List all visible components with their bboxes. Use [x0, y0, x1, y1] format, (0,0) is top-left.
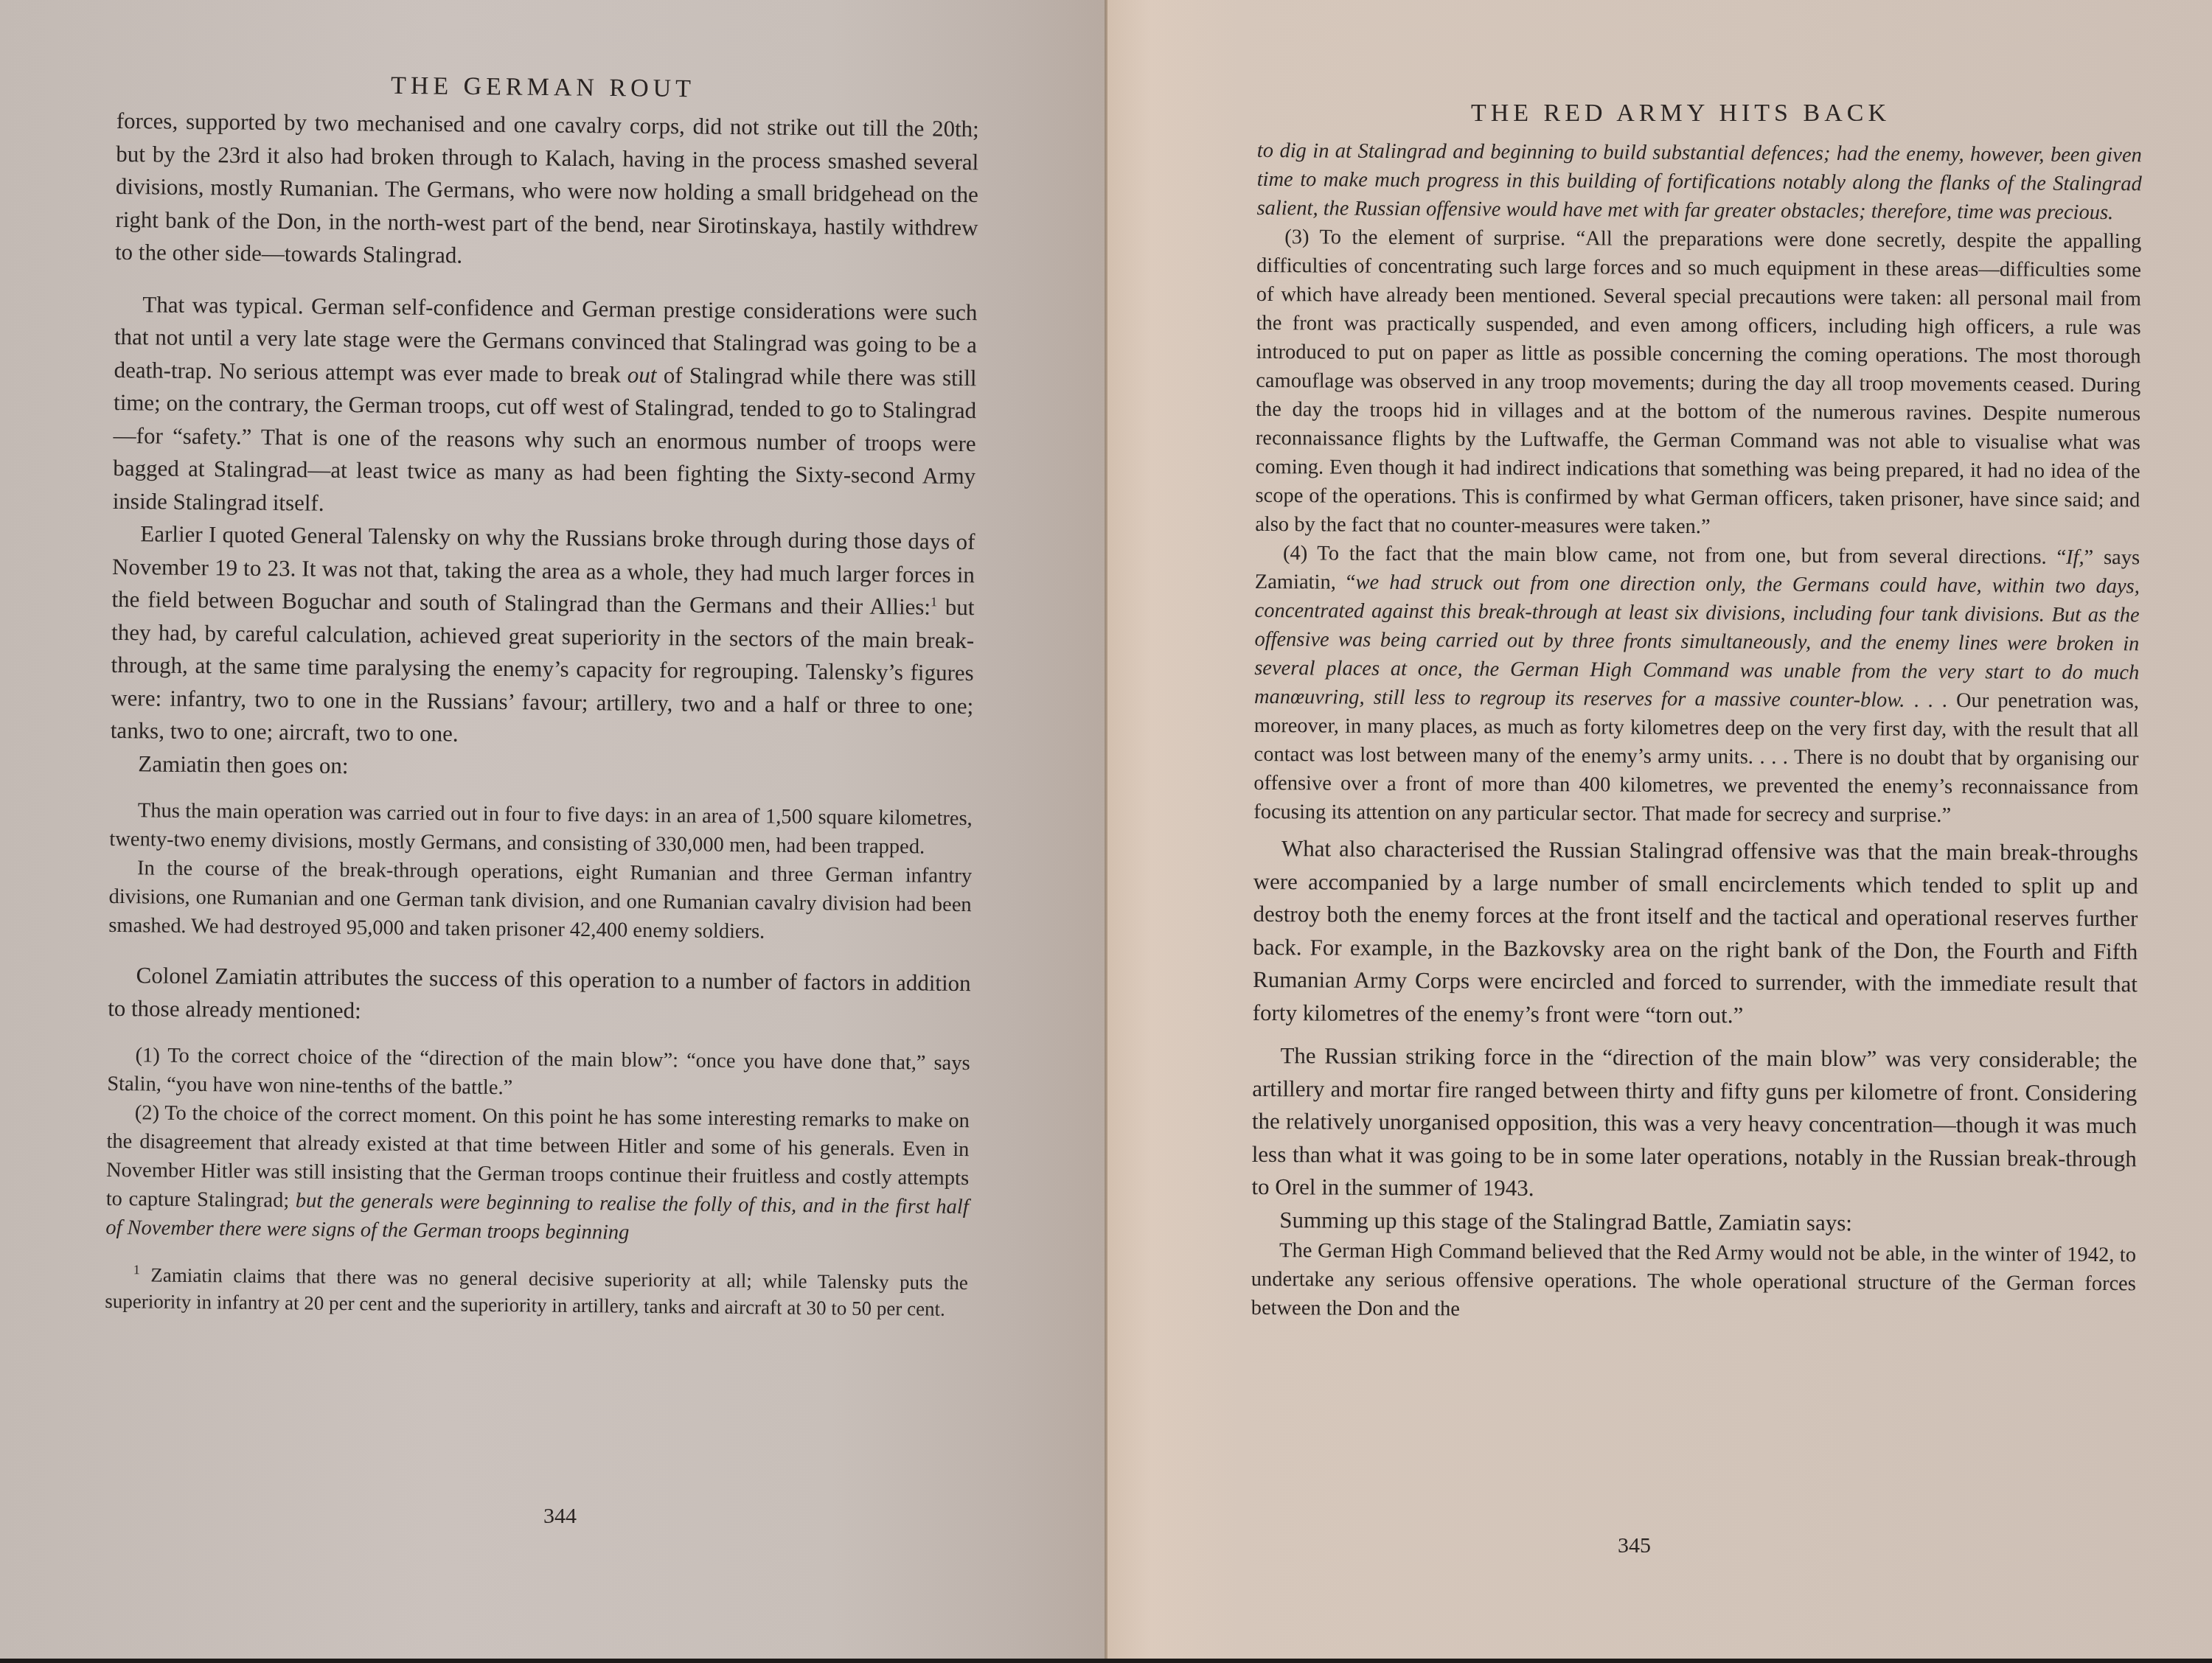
block-quote: (2) To the choice of the correct moment.… — [105, 1098, 970, 1250]
left-page: THE GERMAN ROUT forces, supported by two… — [0, 0, 1106, 1659]
paragraph: Earlier I quoted General Talensky on why… — [111, 517, 975, 756]
paragraph: Colonel Zamiatin attributes the success … — [108, 959, 971, 1033]
block-quote: The German High Command believed that th… — [1251, 1236, 2137, 1327]
page-number-right: 345 — [1618, 1533, 1651, 1558]
emphasis: out — [627, 361, 657, 387]
footnote: 1 Zamiatin claims that there was no gene… — [105, 1261, 968, 1322]
block-quote: to dig in at Stalingrad and beginning to… — [1256, 136, 2142, 227]
open-book-spread: THE GERMAN ROUT forces, supported by two… — [0, 0, 2212, 1659]
page-number-left: 344 — [543, 1504, 577, 1529]
left-page-text: forces, supported by two mechanised and … — [105, 105, 979, 1342]
paragraph: The Russian striking force in the “direc… — [1251, 1039, 2137, 1208]
footnote-reference: 1 — [931, 594, 937, 609]
block-quote: (1) To the correct choice of the “direct… — [107, 1041, 970, 1106]
book-gutter — [1105, 0, 1107, 1659]
right-page-text: to dig in at Stalingrad and beginning to… — [1251, 136, 2142, 1327]
block-quote: (3) To the element of surprise. “All the… — [1255, 223, 2141, 543]
paragraph: forces, supported by two mechanised and … — [115, 105, 979, 277]
paragraph: That was typical. German self-confidence… — [113, 287, 978, 526]
bottom-edge — [0, 1659, 2212, 1663]
block-quote: (4) To the fact that the main blow came,… — [1253, 539, 2140, 831]
paragraph: Summing up this stage of the Stalingrad … — [1251, 1203, 2136, 1241]
footnote-marker: 1 — [133, 1262, 140, 1277]
running-head-right: THE RED ARMY HITS BACK — [1471, 100, 1891, 128]
running-head-left: THE GERMAN ROUT — [391, 72, 695, 103]
block-quote: In the course of the break-through opera… — [108, 854, 972, 948]
block-quote: Thus the main operation was carried out … — [109, 796, 973, 862]
right-page: THE RED ARMY HITS BACK to dig in at Stal… — [1106, 0, 2212, 1659]
paragraph: What also characterised the Russian Stal… — [1253, 832, 2138, 1033]
